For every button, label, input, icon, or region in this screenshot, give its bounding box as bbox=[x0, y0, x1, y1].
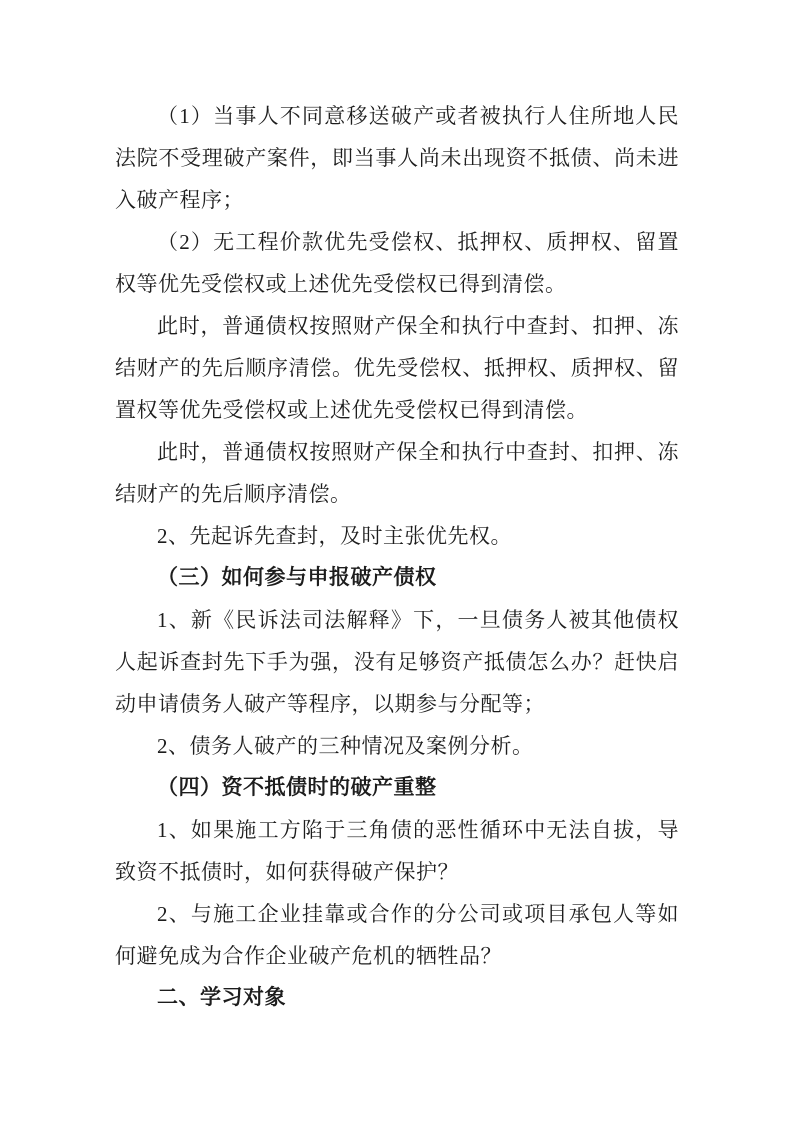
body-paragraph-ordinary-claims-2: 此时，普通债权按照财产保全和执行中查封、扣押、冻结财产的先后顺序清偿。 bbox=[115, 431, 679, 515]
body-paragraph-triangle-debt: 1、如果施工方陷于三角债的恶性循环中无法自拔，导致资不抵债时，如何获得破产保护？ bbox=[115, 809, 679, 893]
body-paragraph-item-2: （2）无工程价款优先受偿权、抵押权、质押权、留置权等优先受偿权或上述优先受偿权已… bbox=[115, 221, 679, 305]
body-paragraph-sue-first: 2、先起诉先查封，及时主张优先权。 bbox=[115, 515, 679, 557]
section-heading-three: （三）如何参与申报破产债权 bbox=[115, 557, 679, 599]
document-page: （1）当事人不同意移送破产或者被执行人住所地人民法院不受理破产案件，即当事人尚未… bbox=[0, 0, 794, 1123]
body-paragraph-judicial-interpretation: 1、新《民诉法司法解释》下，一旦债务人被其他债权人起诉查封先下手为强，没有足够资… bbox=[115, 599, 679, 725]
body-paragraph-item-1: （1）当事人不同意移送破产或者被执行人住所地人民法院不受理破产案件，即当事人尚未… bbox=[115, 95, 679, 221]
document-body: （1）当事人不同意移送破产或者被执行人住所地人民法院不受理破产案件，即当事人尚未… bbox=[115, 95, 679, 1019]
body-paragraph-ordinary-claims-1: 此时，普通债权按照财产保全和执行中查封、扣押、冻结财产的先后顺序清偿。优先受偿权… bbox=[115, 305, 679, 431]
body-paragraph-affiliated-enterprises: 2、与施工企业挂靠或合作的分公司或项目承包人等如何避免成为合作企业破产危机的牺牲… bbox=[115, 893, 679, 977]
section-heading-four: （四）资不抵债时的破产重整 bbox=[115, 767, 679, 809]
body-paragraph-three-cases: 2、债务人破产的三种情况及案例分析。 bbox=[115, 725, 679, 767]
section-heading-learning-target: 二、学习对象 bbox=[115, 977, 679, 1019]
